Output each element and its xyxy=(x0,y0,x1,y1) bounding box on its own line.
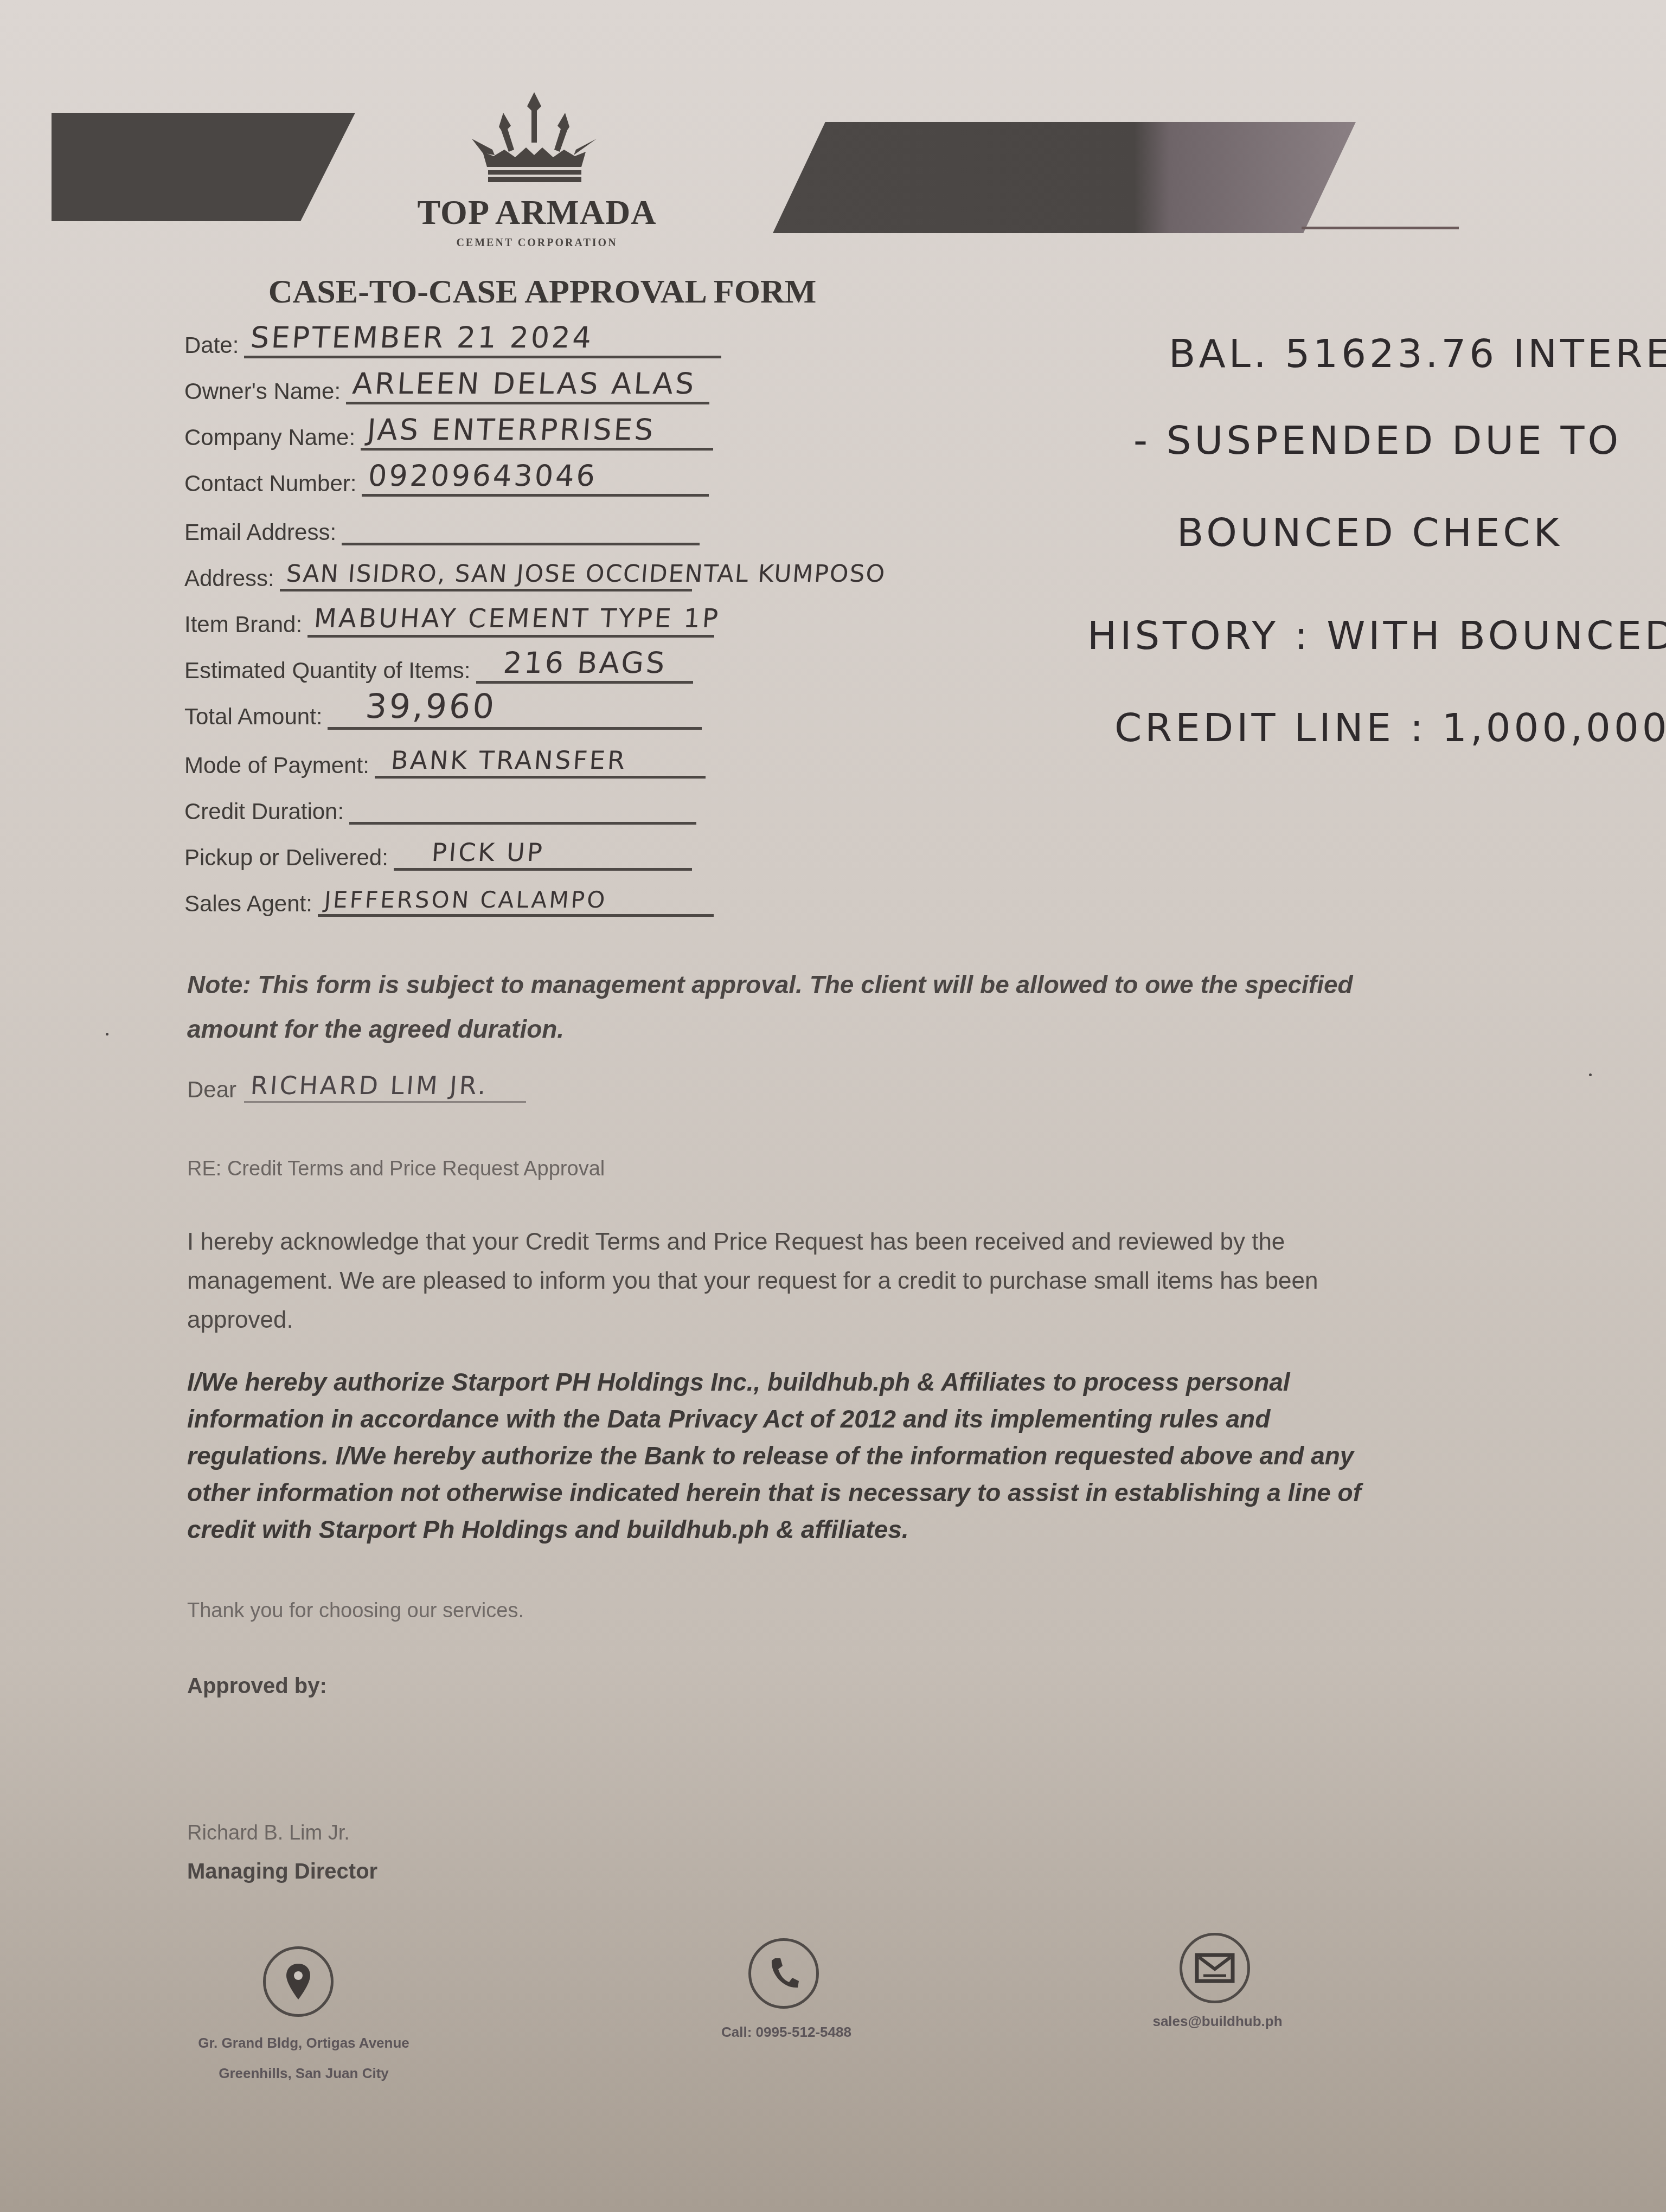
phone-icon xyxy=(748,1938,819,2009)
sales-agent-input[interactable]: JEFFERSON CALAMPO xyxy=(318,889,714,917)
field-label: Email Address: xyxy=(184,519,336,545)
estimated-quantity-input[interactable]: 216 BAGS xyxy=(476,656,693,684)
handwritten-note: CREDIT LINE : 1,000,000 xyxy=(1114,705,1666,750)
field-sales-agent: Sales Agent: JEFFERSON CALAMPO xyxy=(184,889,714,917)
owner-name-input[interactable]: ARLEEN DELAS ALAS xyxy=(346,377,709,404)
mode-of-payment-input[interactable]: BANK TRANSFER xyxy=(375,751,706,779)
location-pin-icon xyxy=(263,1946,334,2017)
salutation: Dear RICHARD LIM JR. xyxy=(187,1076,526,1103)
credit-duration-input[interactable] xyxy=(349,797,696,825)
field-label: Item Brand: xyxy=(184,612,302,638)
dear-label: Dear xyxy=(187,1077,236,1103)
pickup-or-delivered-input[interactable]: PICK UP xyxy=(394,843,692,871)
contact-number-input[interactable]: 09209643046 xyxy=(362,469,709,497)
item-brand-input[interactable]: MABUHAY CEMENT TYPE 1P xyxy=(307,610,714,638)
footer-address: Gr. Grand Bldg, Ortigas Avenue Greenhill… xyxy=(136,2028,472,2088)
field-owner-name: Owner's Name: ARLEEN DELAS ALAS xyxy=(184,377,709,404)
field-value: 216 BAGS xyxy=(502,646,668,680)
email-address-input[interactable] xyxy=(342,518,700,545)
recipient-name-field[interactable]: RICHARD LIM JR. xyxy=(244,1076,526,1103)
field-value: SAN ISIDRO, SAN JOSE OCCIDENTAL KUMPOSO xyxy=(285,560,887,588)
address-input[interactable]: SAN ISIDRO, SAN JOSE OCCIDENTAL KUMPOSO xyxy=(280,564,692,591)
field-pickup-or-delivered: Pickup or Delivered: PICK UP xyxy=(184,843,692,871)
field-contact-number: Contact Number: 09209643046 xyxy=(184,469,709,497)
address-line-2: Greenhills, San Juan City xyxy=(136,2058,472,2088)
field-value: 09209643046 xyxy=(367,459,598,493)
footer-phone: Call: 0995-512-5488 xyxy=(672,2017,900,2047)
field-value: JEFFERSON CALAMPO xyxy=(323,886,608,913)
header-accent-line xyxy=(1302,227,1459,229)
total-amount-input[interactable]: 39,960 xyxy=(328,702,702,730)
approved-by-label: Approved by: xyxy=(187,1674,327,1699)
field-label: Owner's Name: xyxy=(184,378,341,404)
field-label: Mode of Payment: xyxy=(184,753,369,779)
date-input[interactable]: SEPTEMBER 21 2024 xyxy=(244,331,721,358)
handwritten-note: BAL. 51623.76 INTEREST xyxy=(1169,331,1666,376)
address-line-1: Gr. Grand Bldg, Ortigas Avenue xyxy=(136,2028,472,2058)
brand-name: TOP ARMADA xyxy=(325,192,748,233)
field-label: Date: xyxy=(184,332,239,358)
footer-email: sales@buildhub.ph xyxy=(1117,2006,1318,2036)
field-value: JAS ENTERPRISES xyxy=(366,413,657,447)
field-value: 39,960 xyxy=(364,686,498,726)
field-company-name: Company Name: JAS ENTERPRISES xyxy=(184,423,713,451)
header-bar-left xyxy=(52,113,355,221)
field-label: Total Amount: xyxy=(184,704,322,730)
field-credit-duration: Credit Duration: xyxy=(184,797,696,825)
field-address: Address: SAN ISIDRO, SAN JOSE OCCIDENTAL… xyxy=(184,564,692,591)
company-name-input[interactable]: JAS ENTERPRISES xyxy=(361,423,713,451)
header-bar-right xyxy=(773,122,1356,233)
field-estimated-quantity: Estimated Quantity of Items: 216 BAGS xyxy=(184,656,693,684)
signer-name: Richard B. Lim Jr. xyxy=(187,1822,350,1845)
subject-line: RE: Credit Terms and Price Request Appro… xyxy=(187,1158,605,1181)
field-label: Contact Number: xyxy=(184,471,356,497)
approval-note: Note: This form is subject to management… xyxy=(187,962,1380,1051)
field-label: Credit Duration: xyxy=(184,799,344,825)
paper-speck xyxy=(106,1033,108,1036)
paper-speck xyxy=(1589,1073,1592,1076)
signer-title: Managing Director xyxy=(187,1860,377,1884)
brand-subtitle: CEMENT CORPORATION xyxy=(325,237,748,249)
field-label: Estimated Quantity of Items: xyxy=(184,658,471,684)
field-value: ARLEEN DELAS ALAS xyxy=(351,366,697,401)
handwritten-note: HISTORY : WITH BOUNCED xyxy=(1087,613,1666,658)
field-date: Date: SEPTEMBER 21 2024 xyxy=(184,331,721,358)
field-email-address: Email Address: xyxy=(184,518,700,545)
field-value: BANK TRANSFER xyxy=(390,745,628,775)
field-value: MABUHAY CEMENT TYPE 1P xyxy=(313,603,721,634)
field-item-brand: Item Brand: MABUHAY CEMENT TYPE 1P xyxy=(184,610,714,638)
recipient-name: RICHARD LIM JR. xyxy=(249,1071,489,1100)
authorization-paragraph: I/We hereby authorize Starport PH Holdin… xyxy=(187,1364,1386,1548)
field-mode-of-payment: Mode of Payment: BANK TRANSFER xyxy=(184,751,706,779)
form-title: CASE-TO-CASE APPROVAL FORM xyxy=(163,273,922,311)
crown-logo-icon xyxy=(461,91,607,189)
field-value: PICK UP xyxy=(431,838,545,867)
field-value: SEPTEMBER 21 2024 xyxy=(249,320,594,355)
acknowledgement-paragraph: I hereby acknowledge that your Credit Te… xyxy=(187,1223,1386,1340)
field-label: Pickup or Delivered: xyxy=(184,845,388,871)
handwritten-note: BOUNCED CHECK xyxy=(1177,510,1562,555)
field-label: Company Name: xyxy=(184,425,355,451)
field-total-amount: Total Amount: 39,960 xyxy=(184,702,702,730)
field-label: Address: xyxy=(184,565,274,591)
envelope-icon xyxy=(1180,1933,1250,2003)
field-label: Sales Agent: xyxy=(184,891,312,917)
handwritten-note: - SUSPENDED DUE TO xyxy=(1133,417,1622,463)
thank-you-line: Thank you for choosing our services. xyxy=(187,1599,524,1623)
